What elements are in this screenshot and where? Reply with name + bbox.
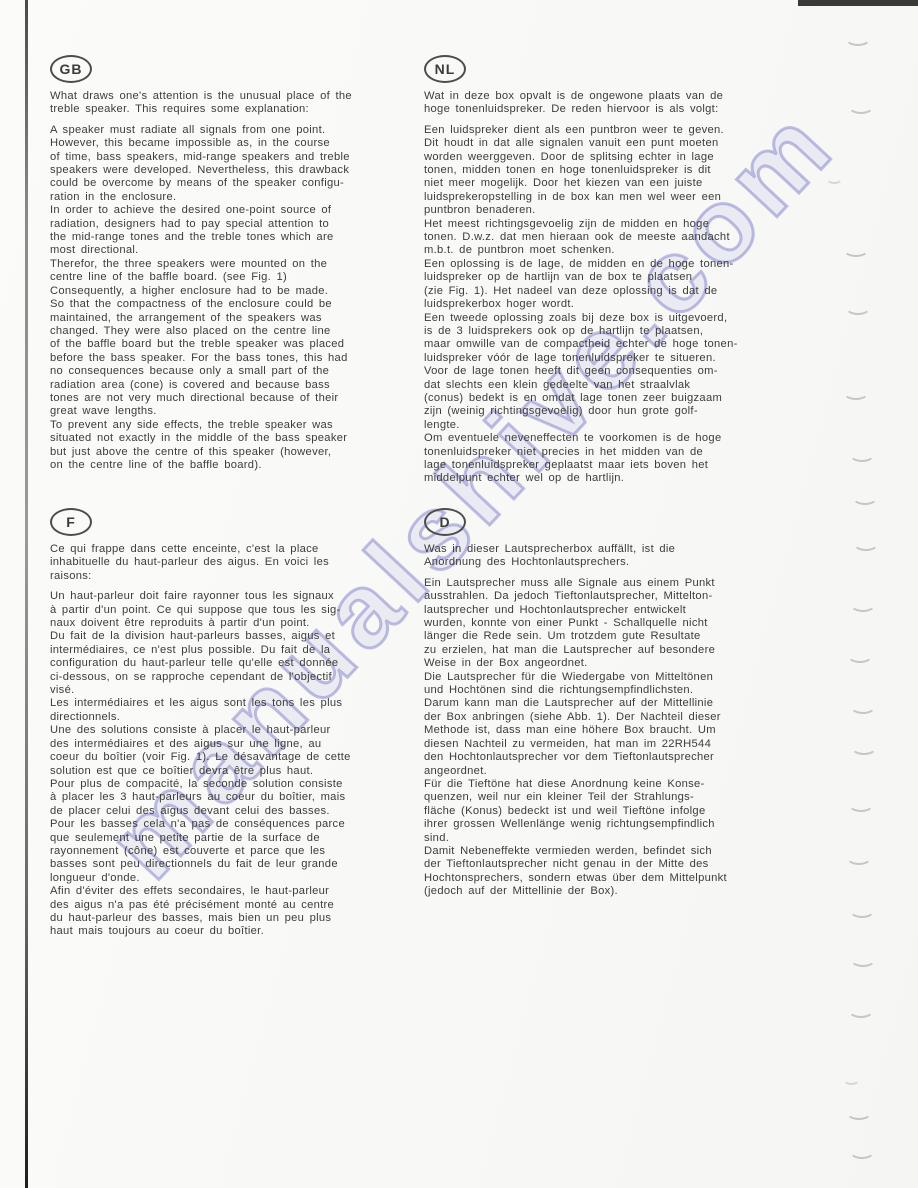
scan-dark-strip (798, 0, 918, 6)
page-curl-mark (848, 796, 874, 812)
page-curl-mark (849, 446, 875, 462)
language-badge-nl: NL (424, 55, 466, 83)
page-curl-mark (850, 596, 876, 612)
page-curl-mark (843, 1073, 860, 1085)
language-badge-gb: GB (50, 55, 92, 83)
section-dutch-intro: Wat in deze box opvalt is de ongewone pl… (424, 90, 788, 117)
page-curl-mark (843, 241, 869, 257)
page-curl-mark (826, 172, 843, 184)
page-curl-mark (845, 30, 871, 46)
language-badge-nl-label: NL (435, 61, 456, 77)
scanned-manual-page: manualshive.com GB What draws one's atte… (0, 0, 918, 1188)
language-badge-d: D (424, 508, 466, 536)
section-english-intro: What draws one's attention is the unusua… (50, 90, 406, 117)
page-curl-mark (845, 299, 871, 315)
section-german-body: Ein Lautsprecher muss alle Signale aus e… (424, 577, 788, 899)
section-english-body: A speaker must radiate all signals from … (50, 124, 406, 473)
page-curl-mark (847, 647, 873, 663)
page-curl-mark (850, 951, 876, 967)
page-curl-mark (853, 535, 879, 551)
section-french: F Ce qui frappe dans cette enceinte, c'e… (50, 508, 406, 939)
page-curl-mark (849, 902, 875, 918)
page-curl-mark (843, 384, 869, 400)
section-german: D Was in dieser Lautsprecherbox auffällt… (424, 508, 788, 899)
section-dutch-body: Een luidspreker dient als een puntbron w… (424, 124, 788, 486)
language-badge-d-label: D (439, 514, 450, 530)
page-curl-mark (851, 739, 877, 755)
section-german-intro: Was in dieser Lautsprecherbox auffällt, … (424, 543, 788, 570)
language-badge-f: F (50, 508, 92, 536)
language-badge-gb-label: GB (60, 61, 83, 77)
section-dutch: NL Wat in deze box opvalt is de ongewone… (424, 55, 788, 486)
language-badge-f-label: F (66, 514, 76, 530)
section-english: GB What draws one's attention is the unu… (50, 55, 406, 472)
page-curl-mark (846, 1104, 872, 1120)
page-left-edge-line (25, 0, 28, 1188)
page-curl-mark (846, 849, 872, 865)
page-curl-mark (849, 1143, 875, 1159)
section-french-body: Un haut-parleur doit faire rayonner tous… (50, 590, 406, 939)
section-french-intro: Ce qui frappe dans cette enceinte, c'est… (50, 543, 406, 583)
page-curl-mark (852, 489, 878, 505)
page-curl-mark (850, 698, 876, 714)
page-curl-mark (848, 98, 874, 114)
page-curl-mark (848, 1002, 874, 1018)
